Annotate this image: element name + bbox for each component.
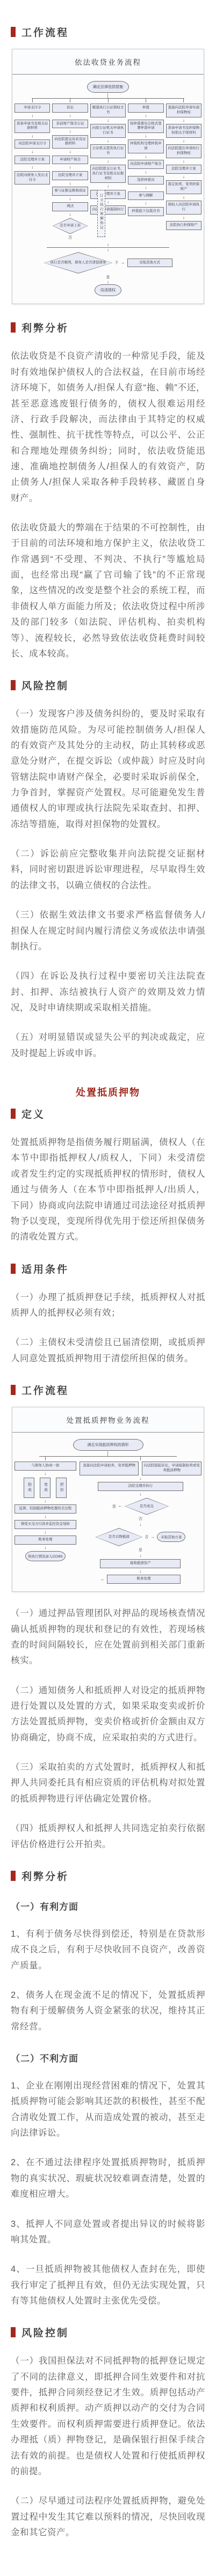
paragraph: （二）通知债务人和抵质押人对设定的抵质押物进行处置以及处置的方式，如果采取变卖或… [11, 1683, 205, 1746]
flow-node: 法院受理并执行 [98, 1482, 183, 1491]
flowchart1-title: 依法收贷业务流程 [12, 49, 204, 75]
arrow-down-icon: ↓ [107, 159, 109, 164]
arrow-down-icon: ↓ [31, 114, 33, 118]
flow-node: 直接向法院申请拍卖、变卖抵押物 [80, 1462, 139, 1475]
arrow-down-icon: ↓ [69, 181, 71, 186]
arrow-down-icon: ↓ [69, 129, 71, 134]
edge-label-yes: 是 [139, 1547, 142, 1553]
article-page: 工作流程 依法收贷业务流程 确定法律追偿措施 │ 申请支付令 ↓ 准备申请书及相… [0, 0, 216, 2576]
flow-node: 按仲裁委员会格式签署仲裁申请 [128, 120, 163, 134]
arrow-down-icon: ↓ [44, 1515, 46, 1519]
arrow-down-icon: ↓ [31, 150, 33, 154]
edge-label-no: 不 [115, 260, 119, 265]
flow-node: 督促买受方付款并监控资金划转 [15, 1520, 76, 1529]
paragraph: 2、债务人在现金流不足的情况下，处置抵质押物有利于缓解债务人资金紧张的状况，维持… [11, 1988, 205, 2035]
flow-node: 账务处理 [107, 1575, 180, 1584]
flow-node: 判决 [52, 202, 88, 211]
flow2-other-plan-node: 采取其他方案 [157, 1532, 185, 1542]
heading-bar-icon [11, 2327, 16, 2337]
flow-node: 仲裁机构受理仲裁申请 [128, 139, 163, 153]
flow-node: 监督、控制抵质押物处置的全过程 [15, 1504, 76, 1514]
arrow-right-icon: → [121, 261, 125, 265]
edge-label-no: 否 [68, 235, 72, 240]
arrow-down-icon: ↓ [183, 175, 185, 179]
paragraph: （二）主债权未受清偿且已届清偿期，或抵质押人同意处置抵质押物用于清偿所担保的债务… [11, 1335, 205, 1367]
flowchart2-title: 处置抵质押物业务流程 [12, 1407, 204, 1433]
flow2-methods: 拍卖 变卖 折价 [16, 1478, 75, 1498]
arrow-down-icon: ↓ [44, 1546, 46, 1550]
arrow-down-icon: ↓ [15, 242, 201, 247]
heading-bar-icon [11, 1109, 16, 1119]
arrow-down-icon: ↓ [145, 154, 147, 159]
edge-label-no: 否 [145, 1534, 148, 1540]
flow2-branch-row: 直接向法院申请拍卖、变卖抵押物 向法院提起诉讼，申请强制拍卖或变卖抵质押物 [80, 1462, 201, 1475]
flowchart1-body: 确定法律追偿措施 │ 申请支付令 ↓ 准备申请书及相关证据材料 ↓ 向法院申请支… [12, 75, 204, 304]
flow1-col-security-right: 直接向法院申请实现担保物权 ↓ 准备申请书及担保物权相关手续材料 ↓ 向法院提出… [166, 99, 201, 230]
sub-heading-pros: （一）有利方面 [11, 1899, 205, 1913]
flow-node: 申请财产保全 [52, 156, 88, 165]
flow-node: 公证机关签发执行证书 [90, 144, 126, 158]
sub-heading-cons: （二）不利方面 [11, 2051, 205, 2064]
arrow-down-icon: ↓ [69, 212, 71, 217]
heading-text: 定义 [21, 1106, 45, 1121]
arrow-down-icon: ↓ [107, 119, 109, 123]
flow2-offset-row: 是否以物抵债 否 → 采取其他方案 [80, 1528, 201, 1546]
arrow-down-icon: ↓ [145, 114, 147, 118]
flow-node: 折价 [56, 1478, 67, 1498]
flow1-col-arbitration: 仲裁 ↓ 按仲裁委员会格式签署仲裁申请 ↓ 仲裁机构受理仲裁申请 ↓ 向法院申请… [128, 99, 163, 216]
heading-bar-icon [11, 680, 16, 690]
flowchart-collateral-disposal: 处置抵质押物业务流程 满足实现抵质押权的情形 │ 与债务人协商一致 ↓ 拍卖 变… [12, 1407, 204, 1592]
section-heading-workflow2: 工作流程 [11, 1383, 205, 1397]
arrow-down-icon: ↓ [69, 165, 71, 169]
flow-node: 向原公证机关申请执行证书 [90, 124, 126, 138]
paragraph: （一）办理了抵质押登记手续，抵质押权人对抵质押人的抵押权必须有效； [11, 1290, 205, 1322]
flow2-ccms-node: 将执行情况录入CCMS [25, 1551, 66, 1561]
flow-node: 仲裁庭下达裁决书 [128, 207, 163, 216]
flow2-start-node: 满足实现抵质押权的情形 [73, 1439, 143, 1451]
arrow-icon: │ [15, 1452, 201, 1456]
arrow-down-icon: ↓ [69, 150, 71, 154]
paragraph: （一）我国担保法对不同抵押物的抵押登记规定了不同的法律意义，即抵押合同生效要件和… [11, 2353, 205, 2479]
connector-line [45, 1457, 46, 1460]
flow-node: 申请支付令 [15, 104, 50, 113]
arrow-down-icon: ↓ [44, 1472, 46, 1476]
flow-node: 仲裁 [128, 104, 163, 113]
paragraph: 4、一旦抵质押物被其他债权人查封在先，即使我行审定了抵押且有效，但仍无法实现处置… [11, 2262, 205, 2309]
heading-text: 利弊分析 [21, 320, 69, 335]
section-heading-analysis1: 利弊分析 [11, 320, 205, 335]
heading-bar-icon [11, 1264, 16, 1274]
arrow-down-icon: ↓ [107, 139, 109, 143]
flow-node: 法院受理并立案 [90, 190, 126, 199]
flow-node: 选择仲裁员 [128, 176, 163, 185]
arrow-left-icon: ← [100, 1577, 105, 1582]
flow1-columns: 申请支付令 ↓ 准备申请书及相关证据材料 ↓ 向法院申请支付令 ↓ 法院受理并立… [15, 99, 201, 240]
arrow-down-icon: ↓ [145, 170, 147, 174]
arrow-down-icon: ↓ [31, 165, 33, 169]
flow-node: 向法院申请强制执行 [90, 205, 126, 215]
paragraph: （二）尽早通过司法程序处置抵质押物，避免处置过程中发生其它难以预料的情况，尽快回… [11, 2493, 205, 2541]
flow1-end-node: 结清债权 [95, 284, 121, 296]
heading-text: 工作流程 [21, 1383, 69, 1397]
paragraph: （三）采取拍卖的方式处置时，抵质押权人和抵押人共同委托具有相应资质的评估机构对拟… [11, 1760, 205, 1807]
flow-node: 诉前财产保全公证 [52, 120, 88, 129]
flow-node: 诉讼 [52, 104, 88, 113]
flow-node: 采取其他方式 [127, 259, 172, 268]
flowchart2-body: 满足实现抵质押权的情形 │ 与债务人协商一致 ↓ 拍卖 变卖 折价 ↓ 监督、控… [12, 1433, 204, 1591]
section-heading-analysis2: 利弊分析 [11, 1869, 205, 1883]
flow2-negotiation-branch: 与债务人协商一致 ↓ 拍卖 变卖 折价 ↓ 监督、控制抵质押物处置的全过程 ↓ … [15, 1457, 76, 1561]
paragraph: （四）抵质押权人和抵押人共同选定拍卖行依据评估价格进行公开拍卖。 [11, 1821, 205, 1852]
paragraph: 依法收贷最大的弊端在于结果的不可控制性，由于目前的司法环境和地方保护主义，依法收… [11, 520, 205, 662]
flow-node: 接收抵债资产 [100, 1559, 181, 1568]
chapter-title: 处置抵质押物 [11, 1085, 205, 1099]
paragraph: 处置抵质押物是指债务履行期届满，债权人（在本节中即指抵押权人/质权人，下同）未受… [11, 1135, 205, 1245]
flow1-col-notarized-doc: 赋强执行公证债权文书 ↓ 向原公证机关申请执行证书 ↓ 公证机关签发执行证书 ↓… [90, 99, 126, 214]
section-heading-risk1: 风险控制 [11, 678, 205, 692]
arrow-icon: │ [15, 94, 201, 98]
arrow-down-icon: ↓ [139, 1523, 141, 1527]
flow-node: 向法院提交诉状及证据材料 [52, 135, 88, 149]
paragraph: （四）在诉讼及执行过程中要密切关注法院查封、扣押、冻结被执行人资产的效期及效力情… [11, 969, 205, 1016]
paragraph: （五）对明显错误或显失公平的判决或裁定，应及时提起上诉或申诉。 [11, 1030, 205, 1061]
paragraph: （一）通过押品管理团队对押品的现场核查情况确认抵质押物的现状和登记的有效性，若现… [11, 1606, 205, 1669]
connector-line [140, 1457, 141, 1460]
connector-line [108, 99, 109, 102]
flow-node: 向法院申请支付令 [15, 139, 50, 149]
arrow-down-icon: ↓ [15, 280, 201, 284]
arrow-down-icon: ↓ [183, 216, 185, 220]
flow1-decision-exec: 执行是否顺利，债务人是否清偿债务 [44, 252, 113, 274]
heading-text: 风险控制 [21, 678, 69, 692]
flow1-col-payment-order: 申请支付令 ↓ 准备申请书及相关证据材料 ↓ 向法院申请支付令 ↓ 法院受理并立… [15, 99, 50, 184]
arrow-down-icon: ↓ [183, 139, 185, 143]
arrow-left-icon: ← [118, 1504, 123, 1508]
heading-bar-icon [11, 1385, 16, 1395]
flow-node: 向法院提出申请执行担保物权 [166, 144, 201, 158]
section-heading-conditions: 适用条件 [11, 1261, 205, 1276]
flow-node: 准备申请书及担保物权相关手续材料 [166, 124, 201, 138]
arrow-down-icon: ↓ [183, 195, 185, 200]
section-heading-definition: 定义 [11, 1106, 205, 1121]
edge-label-yes: 是 [112, 1504, 116, 1509]
flow-node: 向法院提交公证书、执行证书及相关证据材料 [90, 165, 126, 183]
flow-node: 准备申请书及相关证据材料 [15, 120, 50, 134]
flow2-grid: 与债务人协商一致 ↓ 拍卖 变卖 折价 ↓ 监督、控制抵质押物处置的全过程 ↓ … [15, 1457, 201, 1584]
flow2-court-branch: 直接向法院申请拍卖、变卖抵押物 向法院提起诉讼，申请强制拍卖或变卖抵质押物 ↓ … [80, 1457, 201, 1584]
arrow-right-icon: → [150, 1535, 155, 1539]
flow-node: 法院受理并立案 [15, 156, 50, 165]
flow2-deal-row: 是 ← 是否成交 [80, 1498, 201, 1515]
arrow-down-icon: ↓ [44, 1499, 46, 1503]
arrow-down-icon: ↓ [139, 1569, 141, 1574]
paragraph: （一）发现客户涉及债务纠纷的，要及时采取有效措施防范风险。为尽可能控制债务人/担… [11, 706, 205, 832]
arrow-down-icon: ↓ [139, 1477, 141, 1481]
arrow-down-icon: ↓ [145, 134, 147, 138]
heading-text: 利弊分析 [21, 1869, 69, 1883]
flow-node: 法院向债务人发出支付令 [15, 171, 50, 185]
connector-line [70, 99, 70, 102]
flow1-exec-row: 执行是否顺利，债务人是否清偿债务 不 → 采取其他方式 [15, 252, 201, 274]
flow-node: 变卖 [40, 1478, 51, 1498]
heading-text: 风险控制 [21, 2325, 69, 2339]
arrow-down-icon: ↓ [44, 1530, 46, 1534]
section-heading-workflow1: 工作流程 [11, 25, 205, 39]
paragraph: 依法收贷是不良资产清收的一种常见手段，能及时有效地保护债权人的合法权益，在目前市… [11, 349, 205, 506]
arrow-down-icon: ↓ [183, 159, 185, 164]
arrow-down-icon: ↓ [31, 134, 33, 138]
section-heading-risk2: 风险控制 [11, 2325, 205, 2339]
arrow-down-icon: ↓ [145, 201, 147, 205]
heading-bar-icon [11, 322, 16, 333]
arrow-down-icon: ↓ [139, 1554, 141, 1558]
flow2-account2-row: ← 账务处理 [80, 1575, 201, 1584]
flow-node: 法院受理并立案 [52, 171, 88, 180]
heading-bar-icon [11, 27, 16, 37]
flow2-decision-offset: 是否以物抵债 [95, 1528, 142, 1546]
flow-node: 债权人向法院申请执行 [166, 201, 201, 215]
connector-line [146, 99, 146, 102]
flow-node: 参与调解 [128, 191, 163, 201]
flow-node: 法院受理并立案 [166, 165, 201, 174]
flow1-dashed-note: 订立执行和解协议 [97, 190, 105, 237]
arrow-down-icon: ↓ [107, 184, 109, 188]
flow-node: 直接向法院申请实现担保物权 [166, 104, 201, 117]
flow-node: 向法院提起诉讼，申请强制拍卖或变卖抵质押物 [142, 1462, 201, 1475]
arrow-down-icon: ↓ [183, 119, 185, 123]
flow2-decision-deal: 是否成交 [125, 1498, 169, 1515]
flow-node: 参与证据交换和质证 [52, 187, 88, 196]
paragraph: 3、抵押人不同意处置或者提出异议的时候将影响其处置。 [11, 2217, 205, 2248]
flow1-start-node: 确定法律追偿措施 [87, 81, 129, 93]
arrow-down-icon: ↓ [69, 114, 71, 118]
paragraph: 2、在不通过法律程序处置抵质押物时，抵质押物的真实状况、瑕疵状况较难调查清楚，处… [11, 2155, 205, 2202]
connector-line [32, 99, 33, 102]
flow1-decision-appeal: 是否申请上诉 [53, 218, 88, 234]
edge-label-no: 否 [139, 1516, 142, 1522]
paragraph: 1、企业在刚刚出现经营困难的情况下，处置其抵质押物可能会影响其还款的积极性，甚至… [11, 2078, 205, 2141]
flow-node: 赋强执行公证债权文书 [90, 104, 126, 117]
heading-bar-icon [11, 1871, 16, 1881]
flow1-col-litigation: 诉讼 ↓ 诉前财产保全公证 ↓ 向法院提交诉状及证据材料 ↓ 申请财产保全 ↓ … [52, 99, 88, 240]
paragraph: （二）诉讼前应完整收集并向法院提交证据材料，同时密切跟进诉讼审理进程，尽早取得生… [11, 846, 205, 894]
paragraph: （三）依据生效法律文书要求严格监督债务人/担保人在规定时间内履行清偿义务或依法申… [11, 907, 205, 955]
heading-text: 工作流程 [21, 25, 69, 39]
paragraph: 1、有利于债务尽快得到偿还，特别是在贷款形成不良之后，有利于尽快收回不良资产，改… [11, 1927, 205, 1974]
flow-node: 拍卖 [24, 1478, 34, 1498]
arrow-down-icon: ↓ [69, 197, 71, 201]
flow-node: 裁定拍卖、变卖担保财产 [166, 180, 201, 194]
arrow-down-icon: ↓ [139, 1492, 141, 1496]
flowchart-loan-recovery: 依法收贷业务流程 确定法律追偿措施 │ 申请支付令 ↓ 准备申请书及相关证据材料… [12, 49, 204, 304]
arrow-down-icon: ↓ [107, 200, 109, 204]
heading-text: 适用条件 [21, 1261, 69, 1276]
flow-node: 账务处理 [15, 1536, 76, 1545]
connector-line [183, 99, 184, 102]
flow-node: 与债务人协商一致 [15, 1462, 76, 1471]
flow-node: 向法院申请财产保全 [128, 160, 163, 169]
arrow-down-icon: ↓ [15, 248, 201, 252]
arrow-down-icon: ↓ [145, 186, 147, 190]
flow-node: 法院执行担保财产 [166, 221, 201, 230]
